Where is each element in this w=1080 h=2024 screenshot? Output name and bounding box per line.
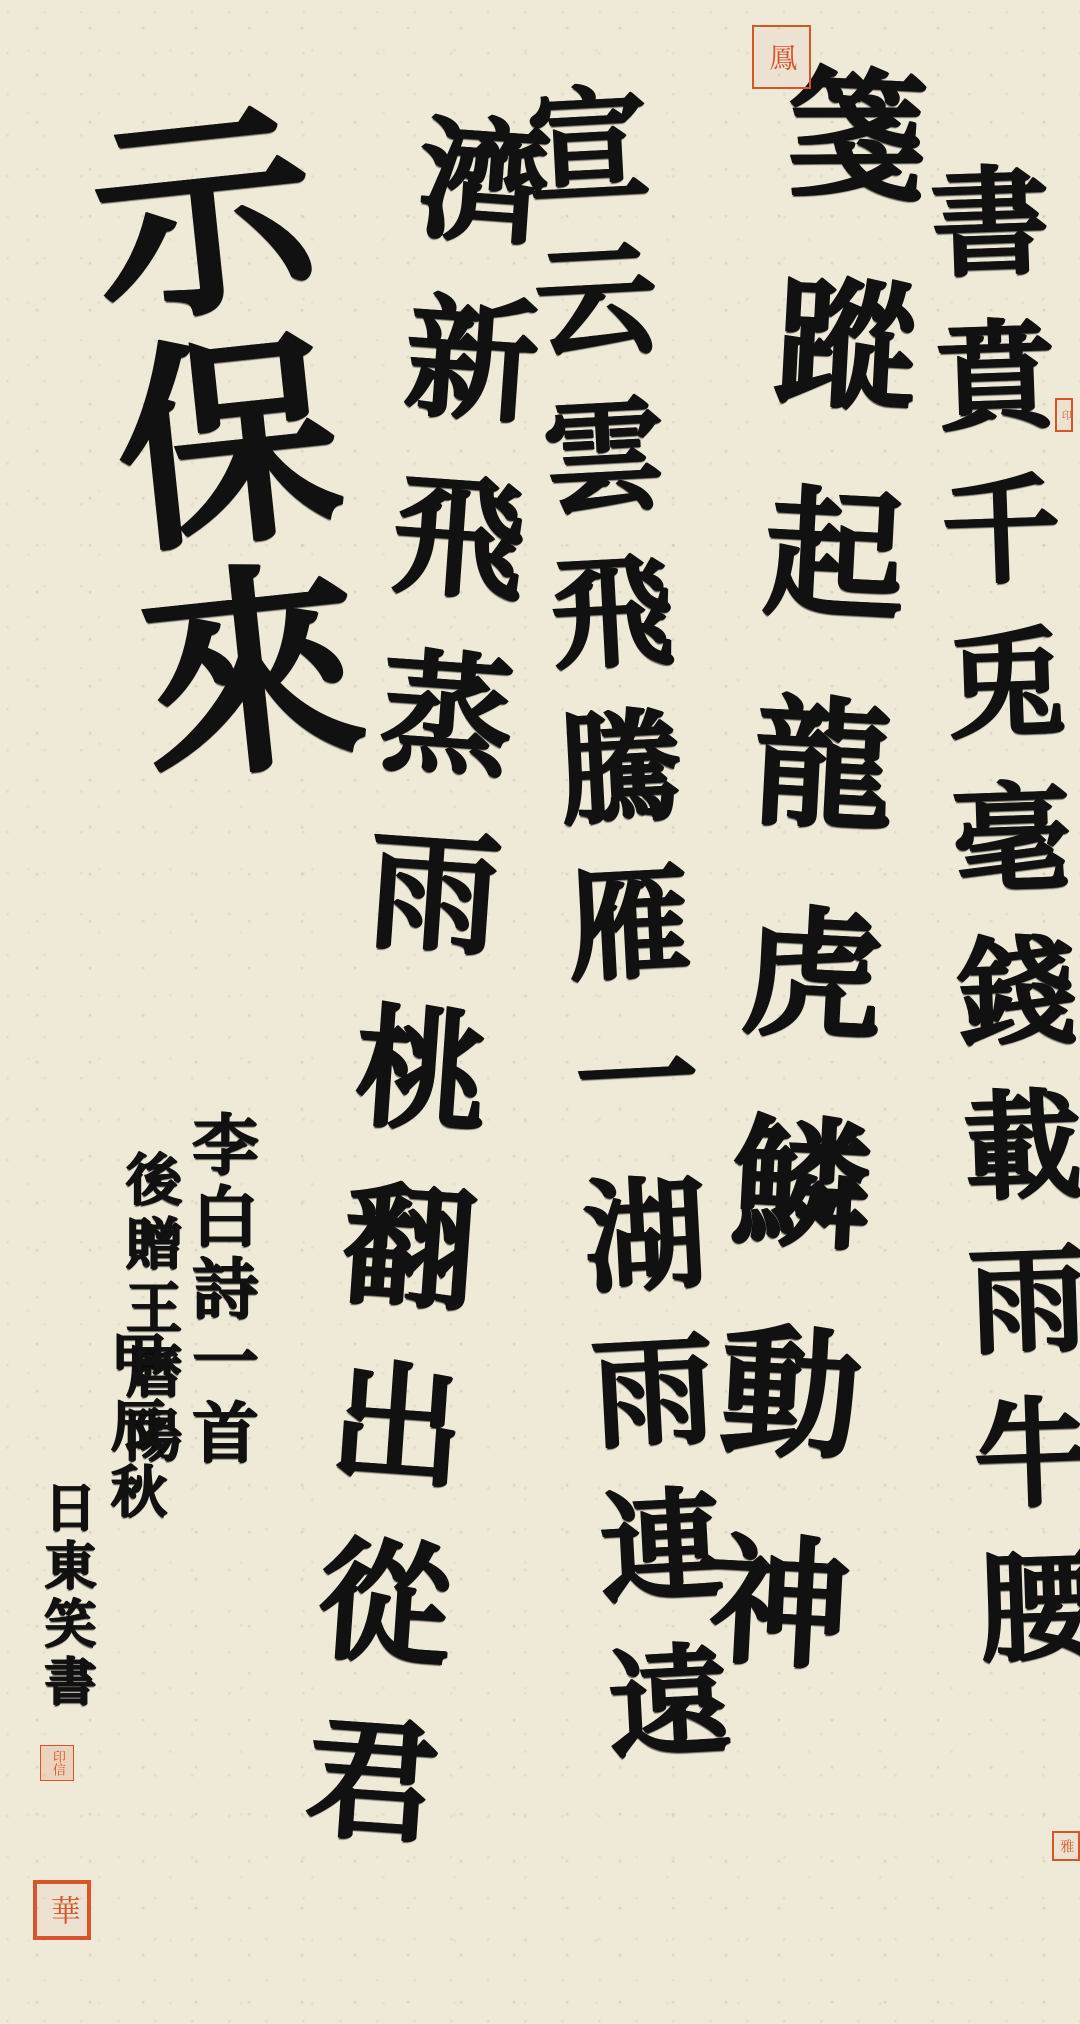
calligraphy-column-2: 箋蹤起龍虎鱗動神 bbox=[720, 60, 890, 1740]
calligraphy-column-5: 示保來 bbox=[80, 100, 340, 790]
calligraphy-column-2-text: 箋蹤起龍虎鱗動神 bbox=[691, 57, 919, 1742]
seal-top: 鳳 bbox=[752, 25, 811, 89]
calligraphy-column-3-text: 宣云雲飛騰雁一湖雨連遠 bbox=[514, 78, 726, 1798]
inscription-column-1-text: 李白詩一首 bbox=[187, 1110, 253, 1470]
seal-right-bottom-text: 雅 bbox=[1059, 1839, 1074, 1853]
seal-left-lower: 華 bbox=[33, 1880, 91, 1940]
inscription-column-3-text: 甲辰秋 bbox=[107, 1330, 163, 1528]
seal-right-small: 印 bbox=[1055, 398, 1073, 432]
calligraphy-column-1: 書賁千兎毫錢載雨牛腰 bbox=[935, 160, 1075, 1700]
seal-top-text: 鳳 bbox=[767, 43, 796, 71]
calligraphy-column-4: 濟新飛蒸雨桃翻出從君 bbox=[330, 110, 500, 1890]
calligraphy-column-5-text: 示保來 bbox=[65, 90, 356, 799]
inscription-column-4: 日東笑書 bbox=[30, 1480, 100, 1712]
seal-left-lower-text: 華 bbox=[46, 1895, 78, 1925]
inscription-column-3: 甲辰秋 bbox=[100, 1330, 170, 1528]
seal-right-small-text: 印 bbox=[1059, 410, 1070, 420]
seal-right-bottom: 雅 bbox=[1052, 1831, 1080, 1861]
calligraphy-column-1-text: 書賁千兎毫錢載雨牛腰 bbox=[919, 158, 1080, 1701]
seal-left-upper: 印信 bbox=[40, 1745, 74, 1781]
inscription-column-4-text: 日東笑書 bbox=[39, 1480, 91, 1712]
calligraphy-column-3: 宣云雲飛騰雁一湖雨連遠 bbox=[540, 80, 700, 1796]
seal-left-upper-text: 印信 bbox=[50, 1750, 64, 1776]
inscription-column-1: 李白詩一首 bbox=[180, 1110, 260, 1470]
